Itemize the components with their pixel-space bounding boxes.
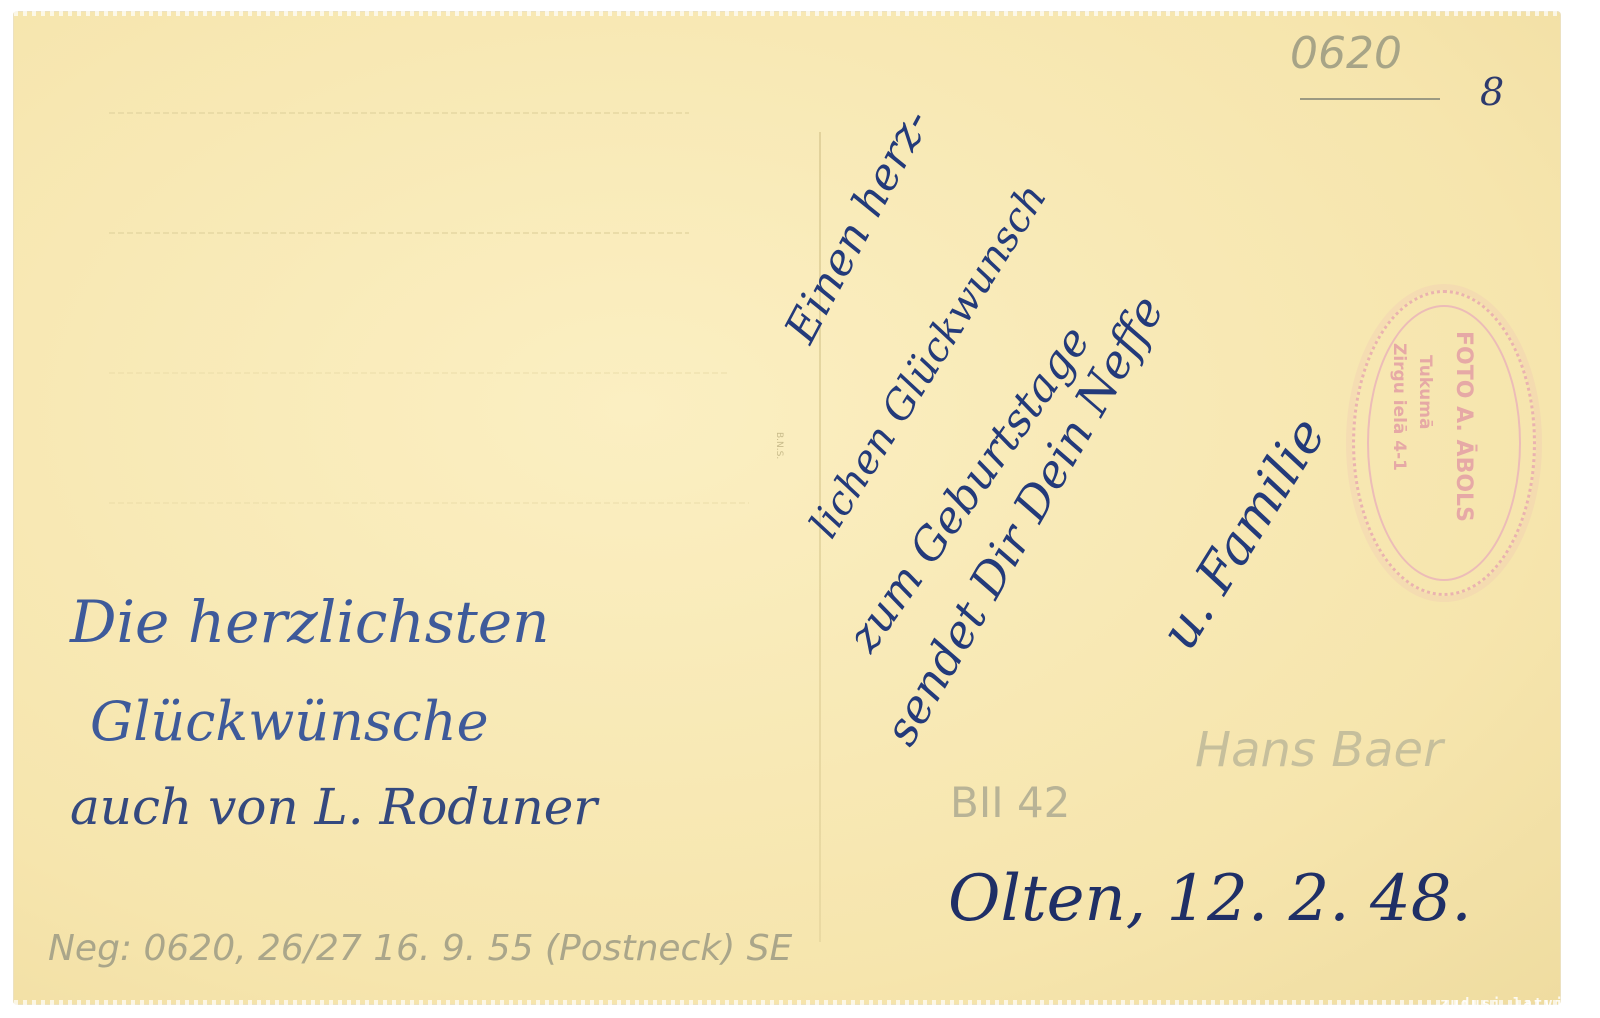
photographer-stamp: FOTO A. ĀBOLS Tukumā Zirgu ielā 4-1 xyxy=(1352,290,1536,596)
signature-extra: 8 xyxy=(1480,70,1504,114)
address-guide-line-2 xyxy=(109,232,689,234)
archive-number: 0620 xyxy=(1290,28,1402,79)
greeting-left-line-1: Die herzlichsten xyxy=(70,588,549,656)
watermark: zudusi latvija xyxy=(1440,996,1586,1012)
archive-number-underline xyxy=(1300,98,1440,100)
pencil-name-note: Hans Baer xyxy=(1195,722,1443,778)
divider-print: B.N.S. xyxy=(774,432,784,459)
pencil-code-note: BII 42 xyxy=(950,778,1070,827)
postcard-back: B.N.S. xyxy=(14,12,1560,1004)
place-date: Olten, 12. 2. 48. xyxy=(948,862,1472,936)
stamp-city: Tukumā xyxy=(1415,355,1435,429)
address-guide-line-4 xyxy=(109,502,749,504)
greeting-left-line-2: Glückwünsche xyxy=(90,690,489,753)
stamp-name: FOTO A. ĀBOLS xyxy=(1451,331,1476,522)
stamp-address: Zirgu ielā 4-1 xyxy=(1389,343,1409,471)
greeting-left-line-3: auch von L. Roduner xyxy=(70,778,597,836)
address-guide-line-1 xyxy=(109,112,689,114)
address-guide-line-3 xyxy=(109,372,729,374)
negative-note: Neg: 0620, 26/27 16. 9. 55 (Postneck) SE xyxy=(48,928,792,969)
